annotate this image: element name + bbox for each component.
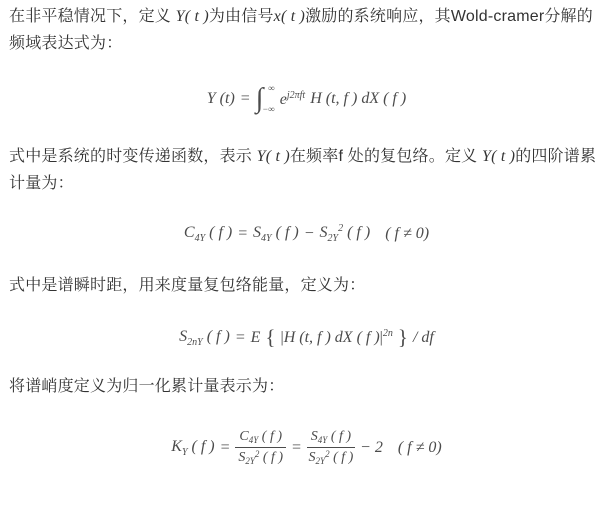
argument: ( f ) (331, 429, 351, 444)
superscript: 2 (338, 223, 343, 234)
denominator: S2Y2 ( f ) (238, 448, 283, 467)
formula-fourth-order-cumulant: C4Y ( f ) = S4Y ( f ) − S2Y2 ( f ) ( f ≠… (9, 223, 604, 244)
paragraph-transfer-function: 式中是系统的时变传递函数，表示 Y( t )在频率f 处的复包络。定义 Y( t… (9, 143, 604, 197)
term-S2Y-squared: S2Y2 ( f ) (320, 223, 371, 244)
inner-expression: H (t, f ) dX ( f ) (284, 329, 380, 346)
subscript: 2Y (328, 233, 339, 244)
term-C4Y: C4Y ( f ) (184, 224, 232, 244)
variable-xt: x( t ) (274, 8, 305, 25)
condition-f-nonzero: ( f ≠ 0) (398, 439, 442, 457)
text-run: 在非平稳情况下，定义 (9, 8, 176, 25)
divided-by-df: / df (413, 329, 434, 347)
symbol-S: S (179, 328, 187, 345)
superscript: 2 (255, 449, 260, 459)
text-run: 式中是谱瞬时距，用来度量复包络能量，定义为： (9, 277, 365, 294)
formula-wold-cramer-decomposition: Y (t) = ∫ ∞ −∞ ej2πft H (t, f ) dX ( f ) (9, 83, 604, 115)
paragraph-intro-wold-cramer: 在非平稳情况下，定义 Y( t )为由信号x( t )激励的系统响应，其Wold… (9, 3, 604, 57)
formula-lhs: Y (t) (207, 90, 235, 108)
symbol: S (309, 450, 316, 465)
variable-Yt: Y( t ) (482, 148, 515, 165)
argument: ( f ) (209, 224, 232, 241)
argument: ( f ) (262, 429, 282, 444)
variable-Yt: Y( t ) (257, 148, 290, 165)
text-run: 将谱峭度定义为归一化累计量表示为： (9, 378, 284, 395)
text-run: 为由信号 (209, 8, 274, 25)
document-page: 在非平稳情况下，定义 Y( t )为由信号x( t )激励的系统响应，其Wold… (0, 0, 613, 468)
subscript: 2nY (187, 337, 203, 348)
text-run: 在频率f 处的复包络。定义 (290, 148, 482, 165)
minus-sign: − (304, 225, 315, 243)
term-S2nY: S2nY ( f ) (179, 328, 230, 348)
subscript: 4Y (195, 233, 206, 244)
exponential-term: ej2πft (280, 90, 305, 109)
argument: ( f ) (192, 438, 215, 455)
symbol-S: S (253, 224, 261, 241)
open-brace: { (265, 327, 275, 348)
variable-Yt: Y( t ) (176, 8, 209, 25)
upper-limit: ∞ (268, 84, 274, 93)
condition-f-nonzero: ( f ≠ 0) (385, 225, 429, 243)
numerator: S4Y ( f ) (307, 428, 355, 448)
formula-rhs: H (t, f ) dX ( f ) (310, 90, 406, 108)
equals-sign: = (237, 225, 248, 243)
numerator: C4Y ( f ) (235, 428, 286, 448)
abs-expression: |H (t, f ) dX ( f )|2n (280, 328, 392, 347)
paragraph-spectral-moment: 式中是谱瞬时距，用来度量复包络能量，定义为： (9, 272, 604, 299)
argument: ( f ) (333, 450, 353, 465)
formula-spectral-kurtosis: KY ( f ) = C4Y ( f ) S2Y2 ( f ) = S4Y ( … (9, 428, 604, 468)
denominator: S2Y2 ( f ) (309, 448, 354, 467)
superscript-2n: 2n (383, 328, 393, 339)
lower-limit: −∞ (262, 105, 275, 114)
subscript: 2Y (316, 456, 326, 466)
equals-sign: = (235, 329, 246, 347)
subscript: 4Y (249, 435, 259, 445)
close-brace: } (398, 327, 408, 348)
base-e: e (280, 91, 287, 108)
equals-sign: = (240, 90, 251, 108)
argument: ( f ) (263, 450, 283, 465)
subscript: Y (182, 447, 188, 458)
equals-sign: = (291, 439, 302, 457)
argument: ( f ) (207, 328, 230, 345)
subscript: 4Y (261, 233, 272, 244)
term-S4Y: S4Y ( f ) (253, 224, 299, 244)
subscript: 2Y (245, 456, 255, 466)
text-run: 式中是系统的时变传递函数，表示 (9, 148, 257, 165)
symbol-K: K (171, 438, 182, 455)
equals-sign: = (220, 439, 231, 457)
term-KY: KY ( f ) (171, 438, 214, 458)
subscript: 4Y (318, 435, 328, 445)
formula-spectral-moment: S2nY ( f ) = E { |H (t, f ) dX ( f )|2n … (9, 327, 604, 348)
symbol: S (311, 429, 318, 444)
paragraph-spectral-kurtosis: 将谱峭度定义为归一化累计量表示为： (9, 373, 604, 400)
expectation-E: E (251, 329, 261, 347)
fraction-S4Y-over-S2Y2: S4Y ( f ) S2Y2 ( f ) (307, 428, 355, 468)
argument: ( f ) (276, 224, 299, 241)
integral-with-limits: ∫ ∞ −∞ (256, 83, 275, 115)
symbol-S: S (320, 224, 328, 241)
integral-limits: ∞ −∞ (262, 83, 275, 115)
superscript: 2 (325, 449, 330, 459)
argument: ( f ) (347, 224, 370, 241)
fraction-C4Y-over-S2Y2: C4Y ( f ) S2Y2 ( f ) (235, 428, 286, 468)
symbol: C (239, 429, 248, 444)
symbol-C: C (184, 224, 195, 241)
minus-two: − 2 (360, 439, 383, 457)
exponent: j2πft (287, 90, 305, 101)
